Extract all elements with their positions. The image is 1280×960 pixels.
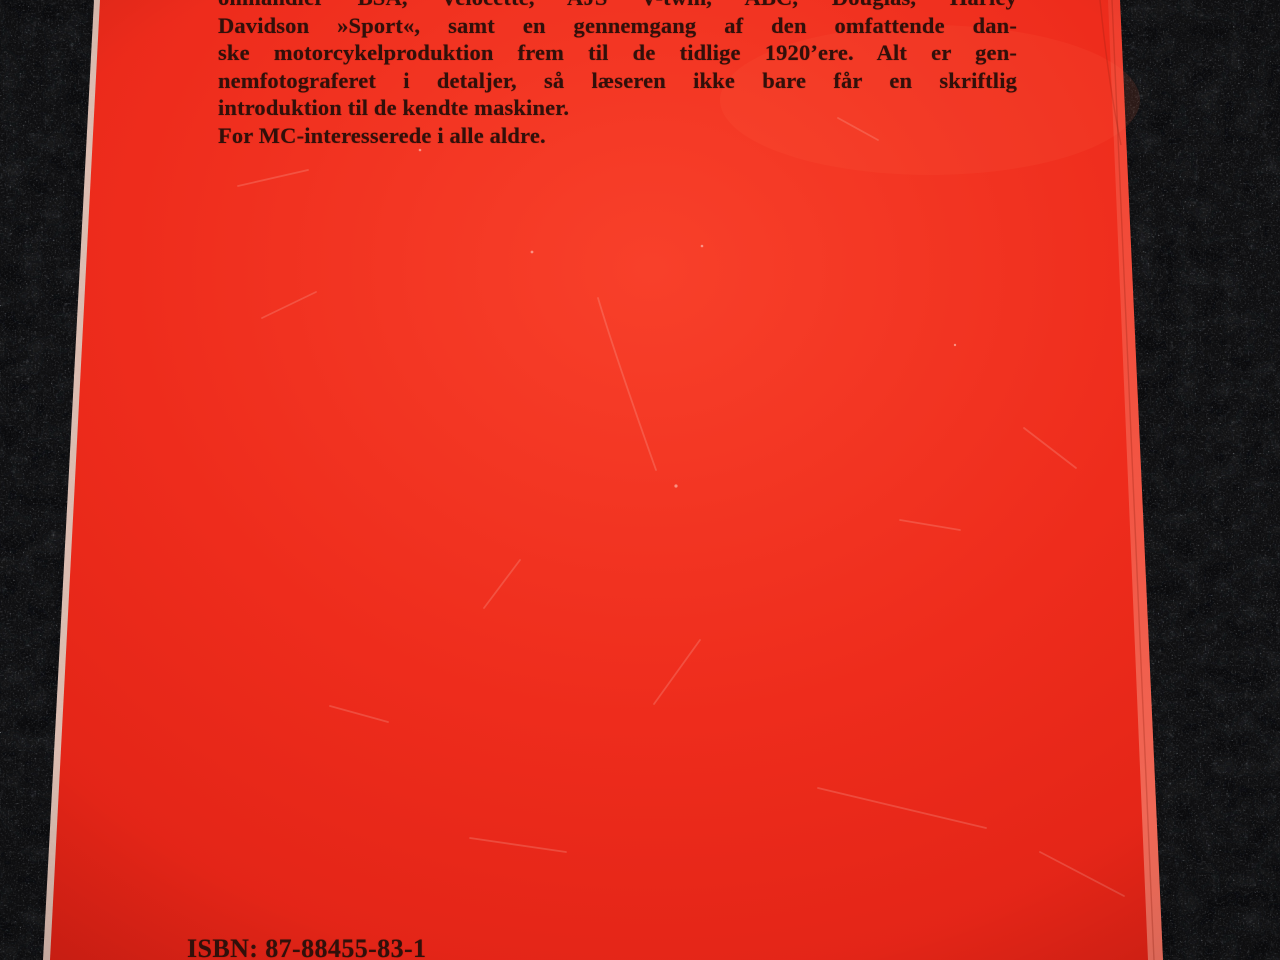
isbn-text: ISBN: 87-88455-83-1 — [187, 934, 426, 960]
blurb-line-6: For MC-interesserede i alle aldre. — [218, 122, 1017, 150]
blurb-line-5: introduktion til de kendte maskiner. — [218, 94, 1017, 122]
blurb-line-1: omhandler BSA, Velocette, AJS V-twin, AB… — [218, 0, 1017, 12]
blurb-line-2: Davidson »Sport«, samt en gennemgang af … — [218, 12, 1017, 40]
blurb-text: omhandler BSA, Velocette, AJS V-twin, AB… — [218, 0, 1017, 149]
blurb-line-3: ske motorcykelproduktion frem til de tid… — [218, 39, 1017, 67]
photo-of-book-on-granite: omhandler BSA, Velocette, AJS V-twin, AB… — [0, 0, 1280, 960]
blurb-line-4: nemfotograferet i detaljer, så læseren i… — [218, 67, 1017, 95]
